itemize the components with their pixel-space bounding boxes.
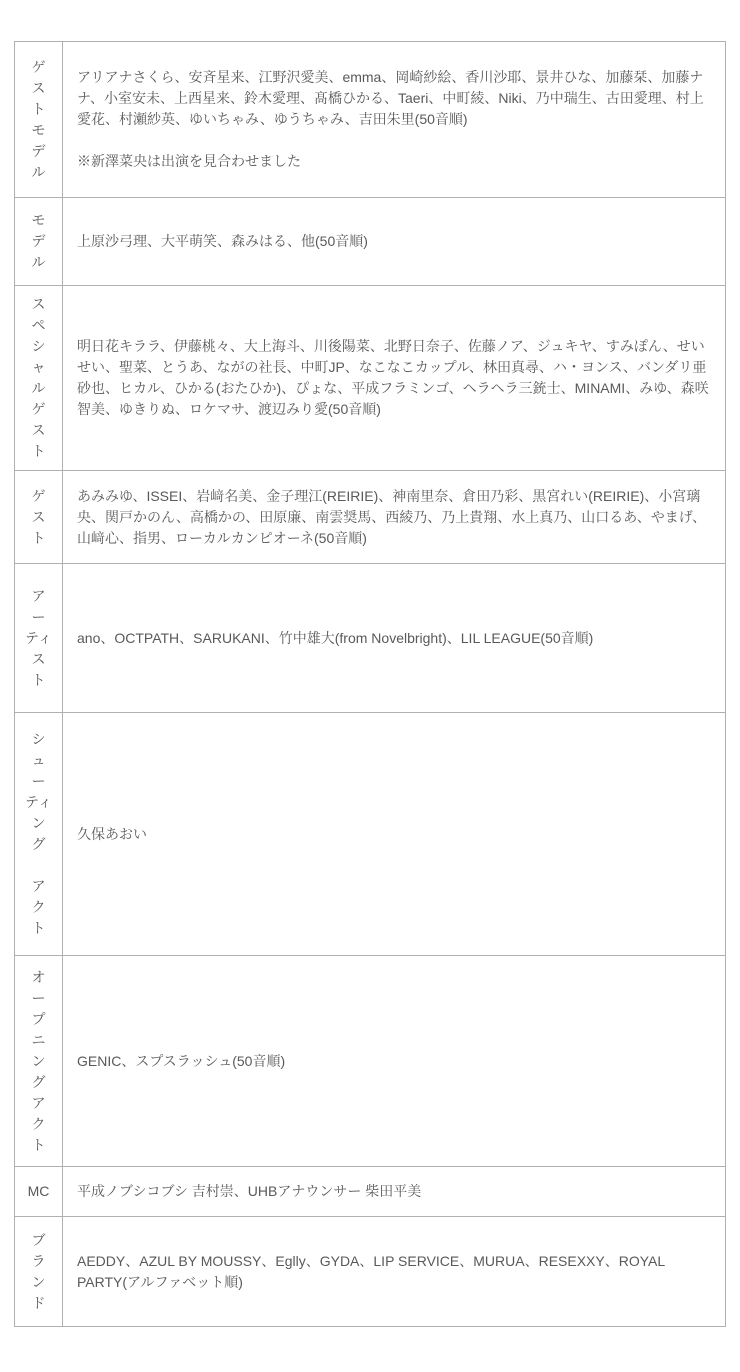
row-content: 上原沙弓理、大平萌笑、森みはる、他(50音順) [63, 198, 726, 286]
row-content-text: アリアナさくら、安斉星来、江野沢愛美、emma、岡崎紗絵、香川沙耶、景井ひな、加… [77, 67, 711, 130]
row-content-text: AEDDY、AZUL BY MOUSSY、Eglly、GYDA、LIP SERV… [77, 1251, 711, 1293]
table-row: ブランド AEDDY、AZUL BY MOUSSY、Eglly、GYDA、LIP… [15, 1217, 726, 1327]
row-content-text: GENIC、スプスラッシュ(50音順) [77, 1051, 711, 1072]
row-label: シューティング アクト [15, 713, 63, 956]
table-row: ゲストモデル アリアナさくら、安斉星来、江野沢愛美、emma、岡崎紗絵、香川沙耶… [15, 42, 726, 198]
row-content-text: 平成ノブシコブシ 吉村崇、UHBアナウンサー 柴田平美 [77, 1181, 711, 1202]
table-row: オープニングアクト GENIC、スプスラッシュ(50音順) [15, 956, 726, 1167]
row-label: モデル [15, 198, 63, 286]
row-content-text: 明日花キララ、伊藤桃々、大上海斗、川後陽菜、北野日奈子、佐藤ノア、ジュキヤ、すみ… [77, 336, 711, 420]
row-content: GENIC、スプスラッシュ(50音順) [63, 956, 726, 1167]
row-label: オープニングアクト [15, 956, 63, 1167]
row-note: ※新澤菜央は出演を見合わせました [77, 151, 711, 172]
table-row: シューティング アクト 久保あおい [15, 713, 726, 956]
row-content: あみみゆ、ISSEI、岩﨑名美、金子理江(REIRIE)、神南里奈、倉田乃彩、黒… [63, 471, 726, 564]
row-content-text: 上原沙弓理、大平萌笑、森みはる、他(50音順) [77, 231, 711, 252]
row-content-text: ano、OCTPATH、SARUKANI、竹中雄大(from Novelbrig… [77, 628, 711, 649]
page: ゲストモデル アリアナさくら、安斉星来、江野沢愛美、emma、岡崎紗絵、香川沙耶… [0, 0, 740, 1372]
row-content-text: あみみゆ、ISSEI、岩﨑名美、金子理江(REIRIE)、神南里奈、倉田乃彩、黒… [77, 486, 711, 549]
row-content: 明日花キララ、伊藤桃々、大上海斗、川後陽菜、北野日奈子、佐藤ノア、ジュキヤ、すみ… [63, 286, 726, 471]
row-content: 平成ノブシコブシ 吉村崇、UHBアナウンサー 柴田平美 [63, 1167, 726, 1217]
row-content: 久保あおい [63, 713, 726, 956]
row-label: ブランド [15, 1217, 63, 1327]
row-content: ano、OCTPATH、SARUKANI、竹中雄大(from Novelbrig… [63, 564, 726, 713]
table-row: モデル 上原沙弓理、大平萌笑、森みはる、他(50音順) [15, 198, 726, 286]
row-label: MC [15, 1167, 63, 1217]
table-row: ゲスト あみみゆ、ISSEI、岩﨑名美、金子理江(REIRIE)、神南里奈、倉田… [15, 471, 726, 564]
row-label: アーティスト [15, 564, 63, 713]
row-label: ゲストモデル [15, 42, 63, 198]
row-content: アリアナさくら、安斉星来、江野沢愛美、emma、岡崎紗絵、香川沙耶、景井ひな、加… [63, 42, 726, 198]
lineup-table: ゲストモデル アリアナさくら、安斉星来、江野沢愛美、emma、岡崎紗絵、香川沙耶… [14, 41, 726, 1327]
row-label: スペシャルゲスト [15, 286, 63, 471]
table-row: MC 平成ノブシコブシ 吉村崇、UHBアナウンサー 柴田平美 [15, 1167, 726, 1217]
row-content: AEDDY、AZUL BY MOUSSY、Eglly、GYDA、LIP SERV… [63, 1217, 726, 1327]
row-label: ゲスト [15, 471, 63, 564]
table-row: スペシャルゲスト 明日花キララ、伊藤桃々、大上海斗、川後陽菜、北野日奈子、佐藤ノ… [15, 286, 726, 471]
row-content-text: 久保あおい [77, 824, 711, 845]
table-row: アーティスト ano、OCTPATH、SARUKANI、竹中雄大(from No… [15, 564, 726, 713]
